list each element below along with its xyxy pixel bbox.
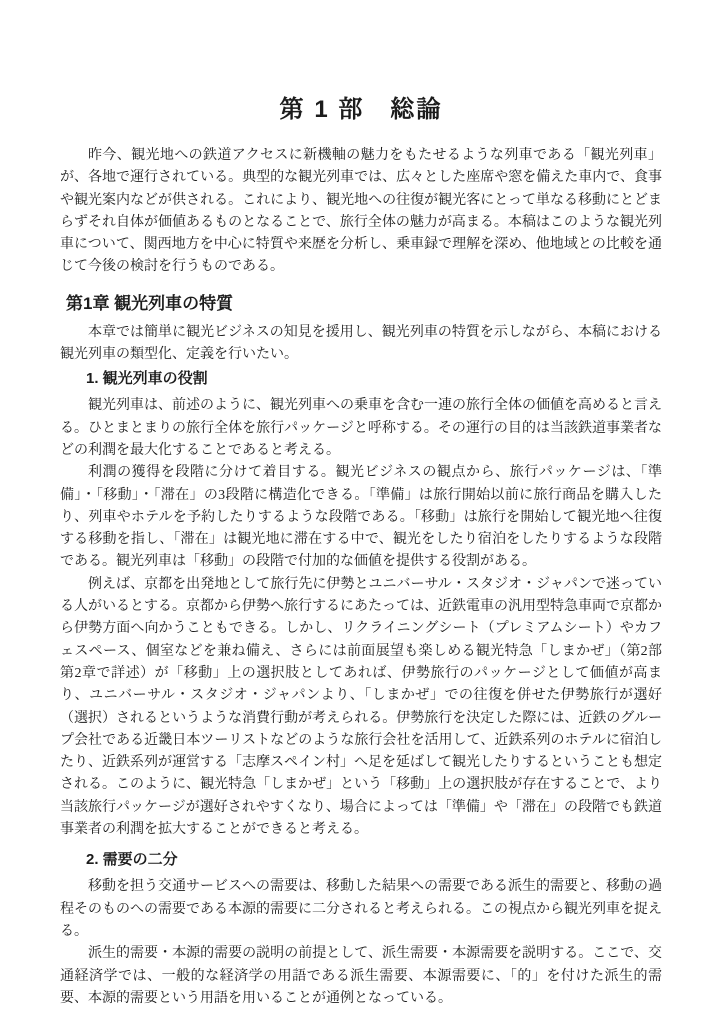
section-1-paragraph-1: 観光列車は、前述のように、観光列車への乗車を含む一連の旅行全体の価値を高めると言… <box>60 395 662 462</box>
intro-paragraph: 昨今、観光地への鉄道アクセスに新機軸の魅力をもたせるような列車である「観光列車」… <box>60 145 662 279</box>
chapter-1-heading: 第1章 観光列車の特質 <box>66 293 662 314</box>
section-2-heading: 2. 需要の二分 <box>86 850 662 869</box>
part-title: 第 1 部 総論 <box>60 96 662 124</box>
section-1-heading: 1. 観光列車の役割 <box>86 369 662 388</box>
section-1-paragraph-2: 利潤の獲得を段階に分けて着目する。観光ビジネスの観点から、旅行パッケージは、「準… <box>60 462 662 573</box>
chapter-1-lead-paragraph: 本章では簡単に観光ビジネスの知見を援用し、観光列車の特質を示しながら、本稿におけ… <box>60 322 662 367</box>
section-2-paragraph-2: 派生的需要・本源的需要の説明の前提として、派生需要・本源需要を説明する。ここで、… <box>60 943 662 1010</box>
section-1-paragraph-3: 例えば、京都を出発地として旅行先に伊勢とユニバーサル・スタジオ・ジャパンで迷って… <box>60 574 662 842</box>
document-page: 第 1 部 総論 昨今、観光地への鉄道アクセスに新機軸の魅力をもたせるような列車… <box>0 0 724 1024</box>
section-2-paragraph-1: 移動を担う交通サービスへの需要は、移動した結果への需要である派生的需要と、移動の… <box>60 876 662 943</box>
